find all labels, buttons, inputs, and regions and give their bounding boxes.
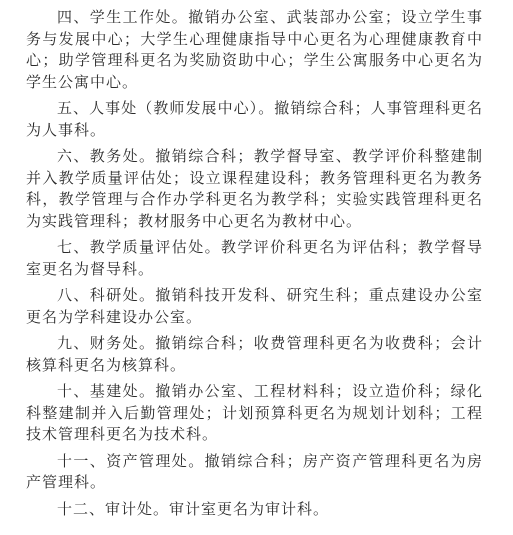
doc-line: 并入教学质量评估处；设立课程建设科；教务管理科更名为教务 — [26, 169, 483, 191]
doc-line: 十二、审计处。审计室更名为审计科。 — [26, 500, 483, 522]
paragraph-8-research: 八、科研处。撤销科技开发科、研究生科；重点建设办公室 更名为学科建设办公室。 — [26, 286, 483, 329]
doc-line: 十一、资产管理处。撤销综合科；房产资产管理科更名为房 — [26, 452, 483, 474]
doc-line: 心；助学管理科更名为奖励资助中心；学生公寓服务中心更名为 — [26, 51, 483, 73]
doc-line: 五、人事处（教师发展中心）。撤销综合科；人事管理科更名 — [26, 99, 483, 121]
doc-line: 七、教学质量评估处。教学评价科更名为评估科；教学督导 — [26, 238, 483, 260]
doc-line: 技术管理科更名为技术科。 — [26, 425, 483, 447]
doc-line: 八、科研处。撤销科技开发科、研究生科；重点建设办公室 — [26, 286, 483, 308]
paragraph-7-teaching-quality: 七、教学质量评估处。教学评价科更名为评估科；教学督导 室更名为督导科。 — [26, 238, 483, 281]
doc-line: 为实践管理科；教材服务中心更名为教材中心。 — [26, 212, 483, 234]
doc-line: 核算科更名为核算科。 — [26, 356, 483, 378]
paragraph-10-capital-construction: 十、基建处。撤销办公室、工程材料科；设立造价科；绿化 科整建制并入后勤管理处；计… — [26, 382, 483, 447]
doc-line: 九、财务处。撤销综合科；收费管理科更名为收费科；会计 — [26, 334, 483, 356]
doc-line: 产管理科。 — [26, 473, 483, 495]
doc-line: 室更名为督导科。 — [26, 260, 483, 282]
paragraph-9-finance: 九、财务处。撤销综合科；收费管理科更名为收费科；会计 核算科更名为核算科。 — [26, 334, 483, 377]
doc-line: 学生公寓中心。 — [26, 73, 483, 95]
doc-line: 六、教务处。撤销综合科；教学督导室、教学评价科整建制 — [26, 147, 483, 169]
doc-line: 科整建制并入后勤管理处；计划预算科更名为规划计划科；工程 — [26, 404, 483, 426]
paragraph-12-audit: 十二、审计处。审计室更名为审计科。 — [26, 500, 483, 522]
paragraph-6-academic-affairs: 六、教务处。撤销综合科；教学督导室、教学评价科整建制 并入教学质量评估处；设立课… — [26, 147, 483, 233]
doc-line: 科，教学管理与合作办学科更名为教学科；实验实践管理科更名 — [26, 190, 483, 212]
doc-line: 更名为学科建设办公室。 — [26, 308, 483, 330]
paragraph-5-personnel: 五、人事处（教师发展中心）。撤销综合科；人事管理科更名 为人事科。 — [26, 99, 483, 142]
paragraph-4-student-affairs: 四、学生工作处。撤销办公室、武装部办公室；设立学生事 务与发展中心；大学生心理健… — [26, 8, 483, 94]
doc-line: 为人事科。 — [26, 121, 483, 143]
document-page: 四、学生工作处。撤销办公室、武装部办公室；设立学生事 务与发展中心；大学生心理健… — [0, 0, 513, 535]
doc-line: 务与发展中心；大学生心理健康指导中心更名为心理健康教育中 — [26, 30, 483, 52]
doc-line: 四、学生工作处。撤销办公室、武装部办公室；设立学生事 — [26, 8, 483, 30]
paragraph-11-asset-management: 十一、资产管理处。撤销综合科；房产资产管理科更名为房 产管理科。 — [26, 452, 483, 495]
doc-line: 十、基建处。撤销办公室、工程材料科；设立造价科；绿化 — [26, 382, 483, 404]
